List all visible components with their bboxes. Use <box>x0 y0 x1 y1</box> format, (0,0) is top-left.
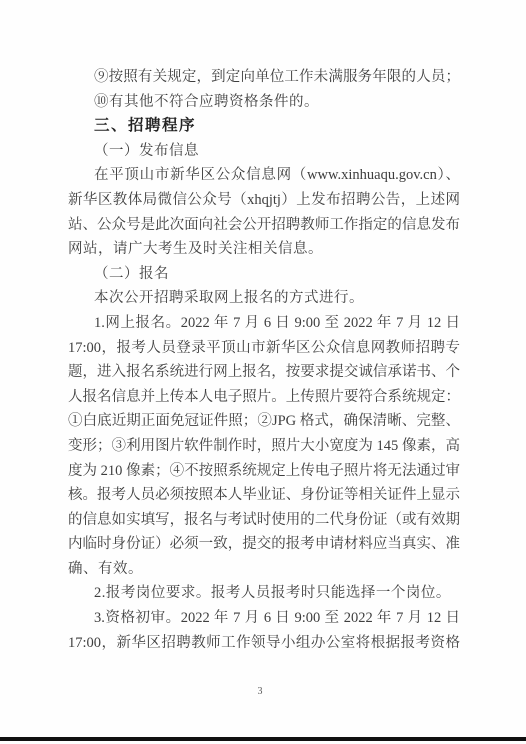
document-page: ⑨按照有关规定，到定向单位工作未满服务年限的人员；⑩有其他不符合应聘资格条件的。… <box>0 0 526 744</box>
text-line: 内临时身份证）必须一致，提交的报考申请材料应当真实、准 <box>68 532 460 557</box>
text-line: 本次公开招聘采取网上报名的方式进行。 <box>68 286 460 311</box>
text-line: 题，进入报名系统进行网上报名，按要求提交诚信承诺书、个 <box>68 360 460 385</box>
text-line: 1.网上报名。2022 年 7 月 6 日 9:00 至 2022 年 7 月 … <box>68 311 460 336</box>
text-line: 17:00，报考人员登录平顶山市新华区公众信息网教师招聘专 <box>68 336 460 361</box>
text-line: 核。报考人员必须按照本人毕业证、身份证等相关证件上显示 <box>68 483 460 508</box>
text-line: 2.报考岗位要求。报考人员报考时只能选择一个岗位。 <box>68 581 460 606</box>
text-line: 站、公众号是此次面向社会公开招聘教师工作指定的信息发布 <box>68 213 460 238</box>
text-line: ①白底近期正面免冠证件照；②JPG 格式，确保清晰、完整、无 <box>68 409 460 434</box>
text-line: 变形；③利用图片软件制作时，照片大小宽度为 145 像素，高 <box>68 434 460 459</box>
text-line: 3.资格初审。2022 年 7 月 6 日 9:00 至 2022 年 7 月 … <box>68 606 460 631</box>
text-line: 网站，请广大考生及时关注相关信息。 <box>68 237 460 262</box>
text-line: ⑨按照有关规定，到定向单位工作未满服务年限的人员； <box>68 65 460 90</box>
page-bottom-edge <box>0 737 526 741</box>
text-line: 新华区教体局微信公众号（xhqjtj）上发布招聘公告，上述网 <box>68 188 460 213</box>
text-line: 在平顶山市新华区公众信息网（www.xinhuaqu.gov.cn）、 <box>68 163 460 188</box>
text-line: （二）报名 <box>68 262 460 287</box>
page-number: 3 <box>0 686 520 697</box>
text-line: 人报名信息并上传本人电子照片。上传照片要符合系统规定： <box>68 385 460 410</box>
text-line: ⑩有其他不符合应聘资格条件的。 <box>68 90 460 115</box>
text-line: 度为 210 像素；④不按照系统规定上传电子照片将无法通过审 <box>68 459 460 484</box>
document-lines: ⑨按照有关规定，到定向单位工作未满服务年限的人员；⑩有其他不符合应聘资格条件的。… <box>68 65 460 655</box>
section-heading: 三、招聘程序 <box>68 114 460 139</box>
text-line: （一）发布信息 <box>68 139 460 164</box>
text-line: 的信息如实填写，报名与考试时使用的二代身份证（或有效期 <box>68 508 460 533</box>
text-line: 确、有效。 <box>68 557 460 582</box>
text-line: 17:00，新华区招聘教师工作领导小组办公室将根据报考资格条 <box>68 631 460 656</box>
